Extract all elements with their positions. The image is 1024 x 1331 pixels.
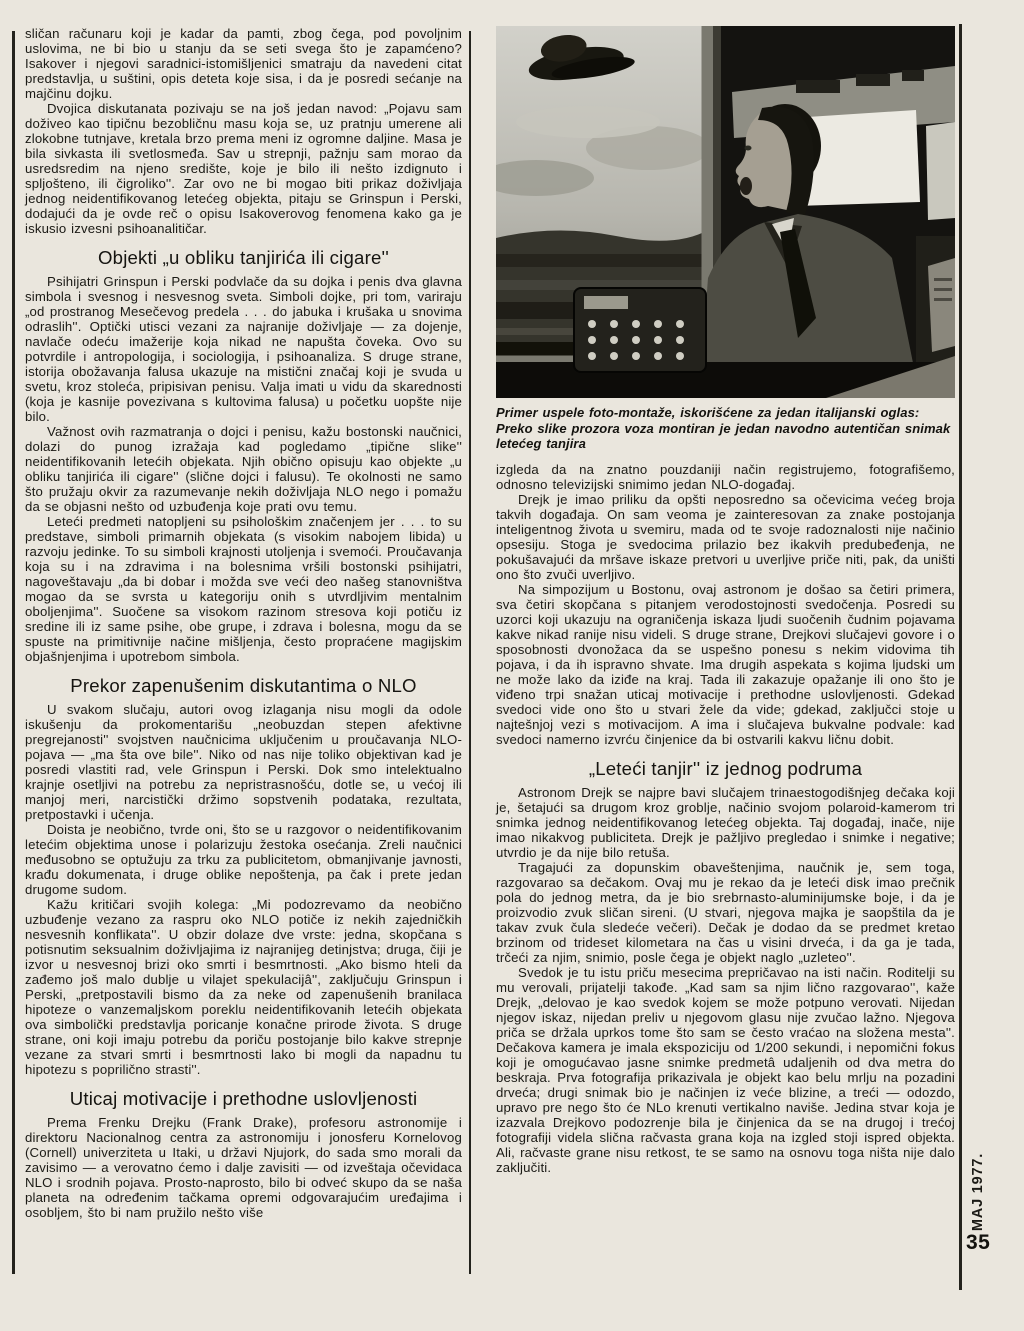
paragraph: Doista je neobično, tvrde oni, što se u … xyxy=(25,822,462,897)
paragraph: Astronom Drejk se najpre bavi slučajem t… xyxy=(496,785,955,860)
photo-caption: Primer uspele foto-montaže, iskorišćene … xyxy=(496,405,955,452)
column-divider-rule xyxy=(469,31,471,1274)
photo-illustration xyxy=(496,26,955,398)
page-number: 35 xyxy=(966,1231,990,1255)
paragraph: Drejk je imao priliku da opšti neposredn… xyxy=(496,492,955,582)
left-column: sličan računaru koji je kadar da pamti, … xyxy=(25,26,462,1220)
paragraph: Dvojica diskutanata pozivaju se na još j… xyxy=(25,101,462,236)
papers xyxy=(928,258,955,352)
paragraph: Važnost ovih razmatranja o dojci i penis… xyxy=(25,424,462,514)
paragraph: izgleda da na znatno pouzdaniji način re… xyxy=(496,462,955,492)
calculator-device xyxy=(574,288,706,372)
table xyxy=(496,356,955,398)
section-heading-uticaj: Uticaj motivacije i prethodne uslovljeno… xyxy=(25,1088,462,1110)
paragraph: Leteći predmeti natopljeni su psihološki… xyxy=(25,514,462,664)
left-border-rule xyxy=(12,31,15,1274)
paragraph: Tragajući za dopunskim obaveštenjima, na… xyxy=(496,860,955,965)
paragraph: Na simpozijum u Bostonu, ovaj astronom j… xyxy=(496,582,955,747)
magazine-page: sličan računaru koji je kadar da pamti, … xyxy=(0,0,1024,1331)
right-border-rule xyxy=(959,24,962,1290)
section-heading-leteci-tanjir: „Leteći tanjir'' iz jednog podruma xyxy=(496,758,955,780)
paragraph: Svedok je tu istu priču mesecima preprič… xyxy=(496,965,955,1175)
section-heading-prekor: Prekor zapenušenim diskutantima o NLO xyxy=(25,675,462,697)
ufo-train-photo xyxy=(496,26,955,398)
issue-date: MAJ 1977. xyxy=(970,1153,986,1231)
paragraph: Prema Frenku Drejku (Frank Drake), profe… xyxy=(25,1115,462,1220)
paragraph: sličan računaru koji je kadar da pamti, … xyxy=(25,26,462,101)
paragraph: U svakom slučaju, autori ovog izlaganja … xyxy=(25,702,462,822)
right-column: Primer uspele foto-montaže, iskorišćene … xyxy=(496,26,955,1175)
section-heading-objekti: Objekti „u obliku tanjirića ili cigare'' xyxy=(25,247,462,269)
paragraph: Kažu kritičari svojih kolega: „Mi podozr… xyxy=(25,897,462,1077)
paragraph: Psihijatri Grinspun i Perski podvlače da… xyxy=(25,274,462,424)
